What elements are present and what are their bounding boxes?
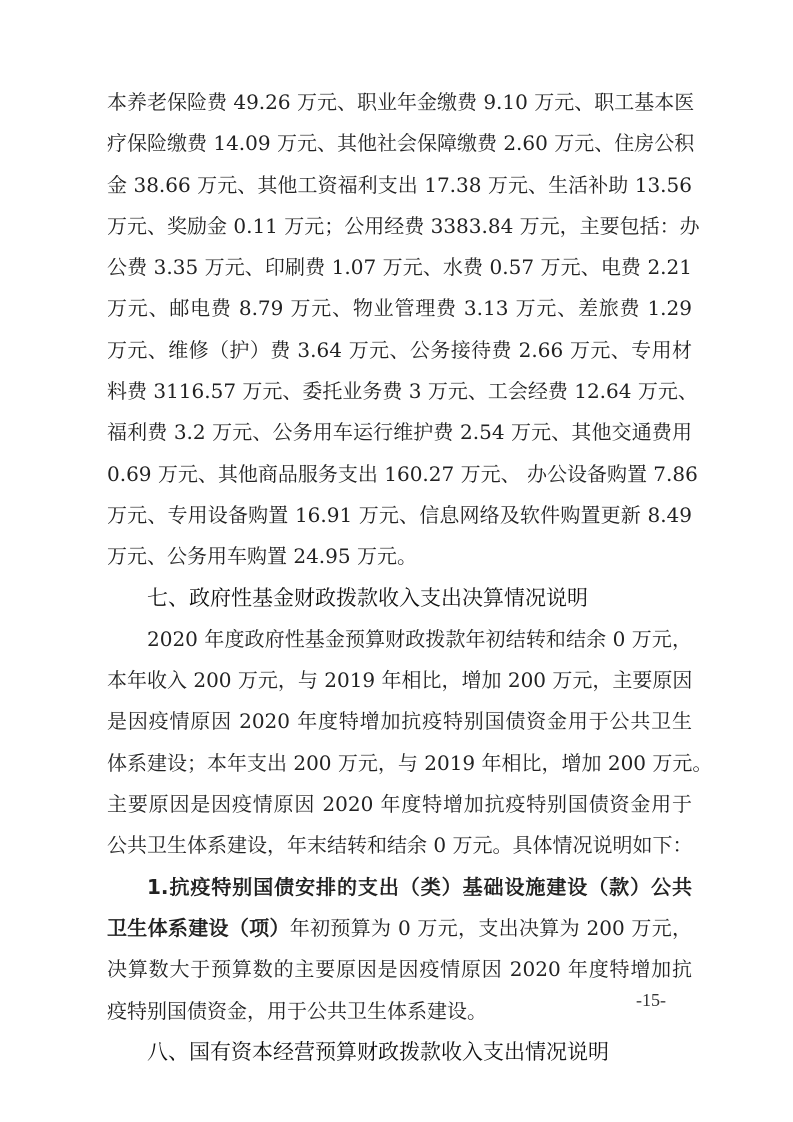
text-line: 2020 年度政府性基金预算财政拨款年初结转和结余 0 万元， <box>107 619 692 660</box>
text-line: 主要原因是因疫情原因 2020 年度特增加抗疫特别国债资金用于 <box>107 784 692 825</box>
text-line: 公费 3.35 万元、印刷费 1.07 万元、水费 0.57 万元、电费 2.2… <box>107 247 692 288</box>
text-line: 金 38.66 万元、其他工资福利支出 17.38 万元、生活补助 13.56 <box>107 165 692 206</box>
text-line: 本养老保险费 49.26 万元、职业年金缴费 9.10 万元、职工基本医 <box>107 82 692 123</box>
text-line: 福利费 3.2 万元、公务用车运行维护费 2.54 万元、其他交通费用 <box>107 412 692 453</box>
text-line: 本年收入 200 万元，与 2019 年相比，增加 200 万元，主要原因 <box>107 660 692 701</box>
item-1-title-continued: 卫生体系建设（项） <box>107 916 290 940</box>
item-1-line-2: 卫生体系建设（项）年初预算为 0 万元，支出决算为 200 万元， <box>107 908 692 949</box>
section-heading-8: 八、国有资本经营预算财政拨款收入支出情况说明 <box>107 1032 692 1073</box>
page-body: 本养老保险费 49.26 万元、职业年金缴费 9.10 万元、职工基本医 疗保险… <box>107 82 692 1073</box>
item-1-title: 1.抗疫特别国债安排的支出（类）基础设施建设（款）公共 <box>107 867 692 908</box>
text-line: 料费 3116.57 万元、委托业务费 3 万元、工会经费 12.64 万元、 <box>107 371 692 412</box>
text-line: 万元、邮电费 8.79 万元、物业管理费 3.13 万元、差旅费 1.29 <box>107 288 692 329</box>
section-heading-7: 七、政府性基金财政拨款收入支出决算情况说明 <box>107 578 692 619</box>
text-line: 疫特别国债资金，用于公共卫生体系建设。 <box>107 991 692 1032</box>
text-line: 0.69 万元、其他商品服务支出 160.27 万元、 办公设备购置 7.86 <box>107 454 692 495</box>
text-line: 疗保险缴费 14.09 万元、其他社会保障缴费 2.60 万元、住房公积 <box>107 123 692 164</box>
text-line: 万元、维修（护）费 3.64 万元、公务接待费 2.66 万元、专用材 <box>107 330 692 371</box>
item-1-text: 年初预算为 0 万元，支出决算为 200 万元， <box>290 916 692 940</box>
text-line: 万元、公务用车购置 24.95 万元。 <box>107 536 692 577</box>
text-line: 万元、专用设备购置 16.91 万元、信息网络及软件购置更新 8.49 <box>107 495 692 536</box>
text-line: 体系建设；本年支出 200 万元，与 2019 年相比，增加 200 万元。 <box>107 743 692 784</box>
page-number: -15- <box>636 990 666 1011</box>
text-line: 是因疫情原因 2020 年度特增加抗疫特别国债资金用于公共卫生 <box>107 701 692 742</box>
text-line: 公共卫生体系建设，年末结转和结余 0 万元。具体情况说明如下： <box>107 825 692 866</box>
text-line: 决算数大于预算数的主要原因是因疫情原因 2020 年度特增加抗 <box>107 949 692 990</box>
document-page: 本养老保险费 49.26 万元、职业年金缴费 9.10 万元、职工基本医 疗保险… <box>0 0 793 1122</box>
text-line: 万元、奖励金 0.11 万元；公用经费 3383.84 万元，主要包括：办 <box>107 206 692 247</box>
